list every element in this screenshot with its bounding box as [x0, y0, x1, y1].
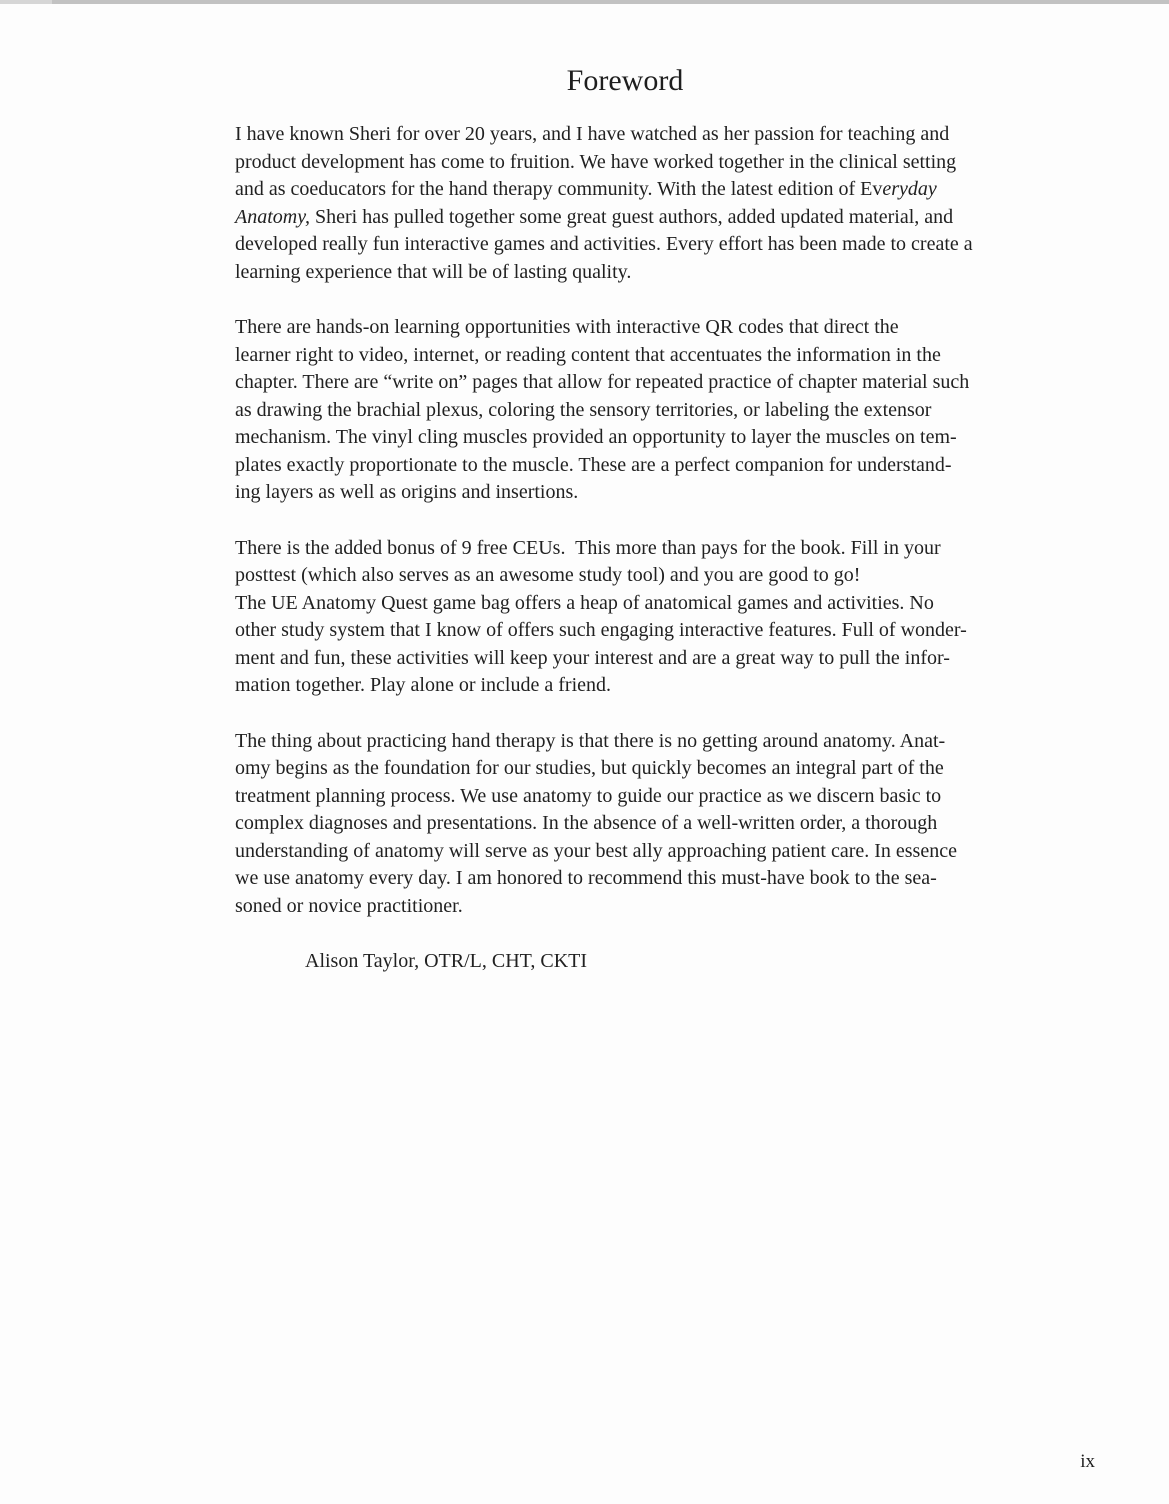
- text-line: ing layers as well as origins and insert…: [235, 479, 1035, 507]
- signature-line: Alison Taylor, OTR/L, CHT, CKTI: [235, 948, 1035, 976]
- italic-text-segment: Anatomy,: [235, 206, 310, 228]
- text-line: treatment planning process. We use anato…: [235, 783, 1035, 811]
- text-line: developed really fun interactive games a…: [235, 231, 1035, 259]
- text-line: as drawing the brachial plexus, coloring…: [235, 397, 1035, 425]
- text-line: mation together. Play alone or include a…: [235, 672, 1035, 700]
- text-line: complex diagnoses and presentations. In …: [235, 810, 1035, 838]
- text-line: other study system that I know of offers…: [235, 617, 1035, 645]
- text-line: ment and fun, these activities will keep…: [235, 645, 1035, 673]
- text-line: chapter. There are “write on” pages that…: [235, 369, 1035, 397]
- text-line: The thing about practicing hand therapy …: [235, 728, 1035, 756]
- text-line: we use anatomy every day. I am honored t…: [235, 865, 1035, 893]
- paragraph-4: The thing about practicing hand therapy …: [235, 728, 1035, 921]
- text-line: plates exactly proportionate to the musc…: [235, 452, 1035, 480]
- page-title: Foreword: [235, 64, 1015, 98]
- text-line: soned or novice practitioner.: [235, 893, 1035, 921]
- text-line: I have known Sheri for over 20 years, an…: [235, 121, 1035, 149]
- italic-text-segment: eryday: [882, 178, 936, 200]
- scan-artifact-bar-light-segment: [0, 0, 52, 4]
- text-line: There is the added bonus of 9 free CEUs.…: [235, 535, 1035, 563]
- text-line: learning experience that will be of last…: [235, 259, 1035, 287]
- text-line: posttest (which also serves as an awesom…: [235, 562, 1035, 590]
- text-line: product development has come to fruition…: [235, 149, 1035, 177]
- foreword-body: I have known Sheri for over 20 years, an…: [235, 121, 1035, 976]
- text-line: learner right to video, internet, or rea…: [235, 342, 1035, 370]
- text-segment: and as coeducators for the hand therapy …: [235, 178, 882, 200]
- paragraph-2: There are hands-on learning opportunitie…: [235, 314, 1035, 507]
- text-segment: Sheri has pulled together some great gue…: [310, 206, 953, 228]
- paragraph-1: I have known Sheri for over 20 years, an…: [235, 121, 1035, 286]
- paragraph-3: There is the added bonus of 9 free CEUs.…: [235, 535, 1035, 700]
- page-number: ix: [1080, 1451, 1095, 1473]
- text-line: omy begins as the foundation for our stu…: [235, 755, 1035, 783]
- text-line: and as coeducators for the hand therapy …: [235, 176, 1035, 204]
- text-line: There are hands-on learning opportunitie…: [235, 314, 1035, 342]
- text-line: Anatomy, Sheri has pulled together some …: [235, 204, 1035, 232]
- text-line: understanding of anatomy will serve as y…: [235, 838, 1035, 866]
- text-line: mechanism. The vinyl cling muscles provi…: [235, 424, 1035, 452]
- scan-artifact-bar: [0, 0, 1169, 4]
- text-line: The UE Anatomy Quest game bag offers a h…: [235, 590, 1035, 618]
